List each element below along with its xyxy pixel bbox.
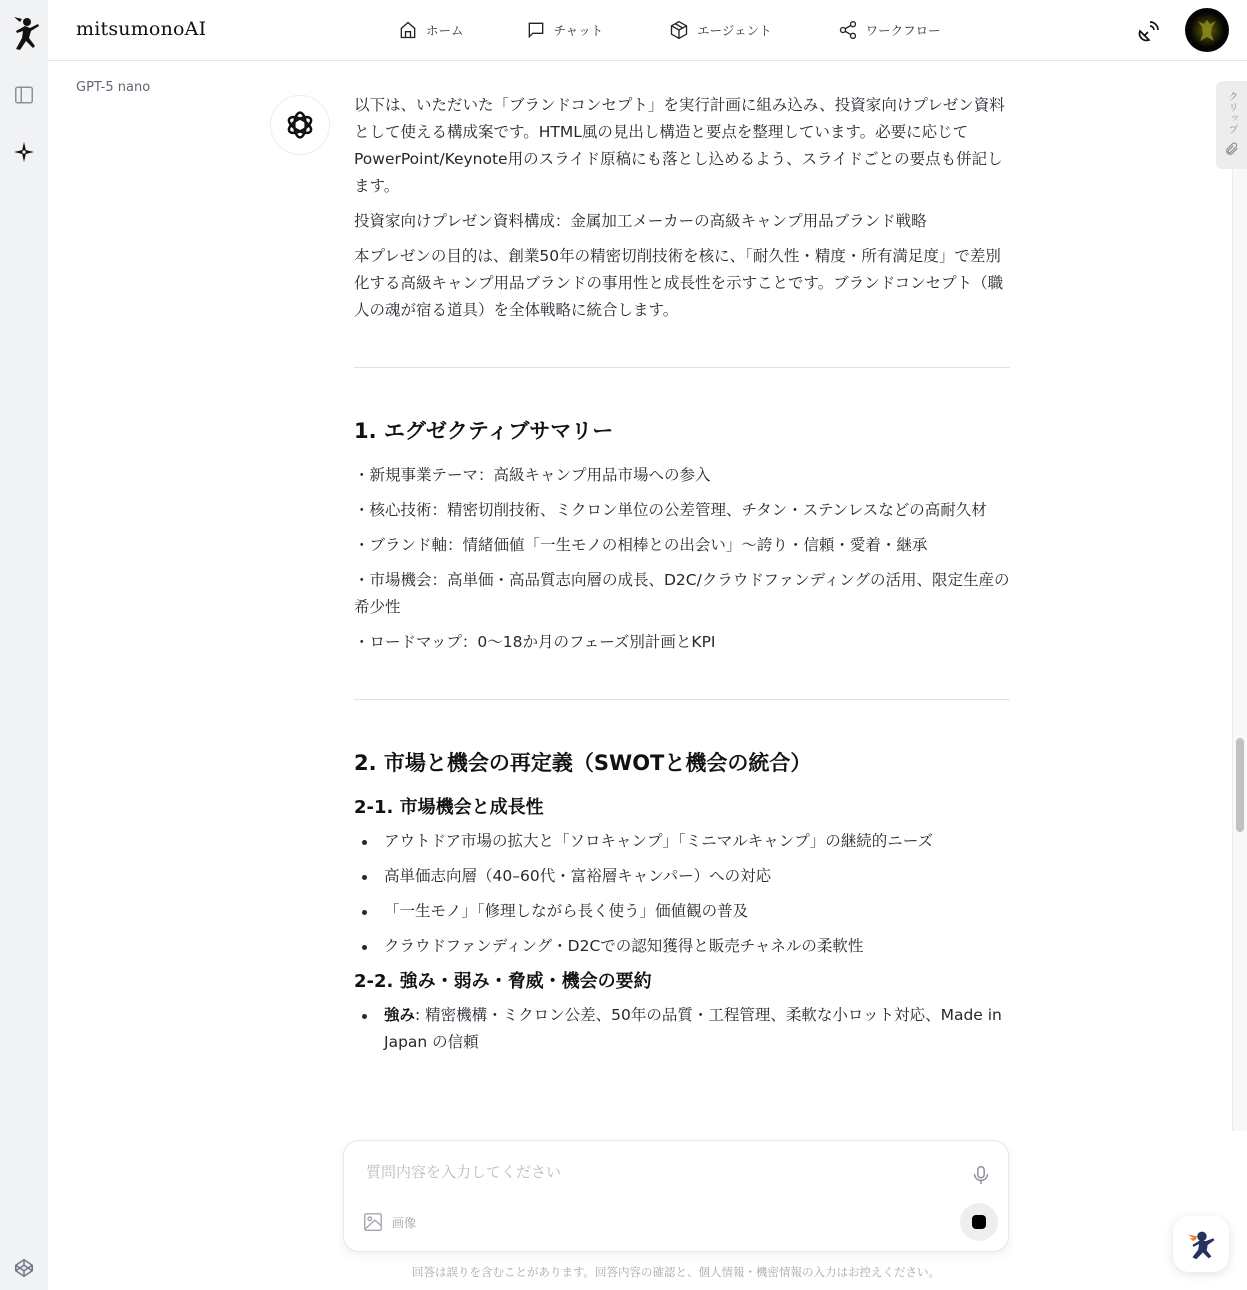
nav-agent[interactable]: エージェント	[669, 18, 772, 42]
nav-agent-label: エージェント	[697, 21, 772, 39]
summary-item: ・ブランド軸：情緒価値「一生モノの相棒との出会い」〜誇り・信頼・愛着・継承	[354, 532, 1010, 559]
swot-text: : 精密機構・ミクロン公差、50年の品質・工程管理、柔軟な小ロット対応、Made…	[384, 1006, 1002, 1051]
disclaimer-text: 回答は誤りを含むことがあります。回答内容の確認と、個人情報・機密情報の入力はお控…	[343, 1264, 1009, 1280]
satellite-dish-icon[interactable]	[1136, 18, 1162, 44]
section-2-2-heading: 2-2. 強み・弱み・脅威・機会の要約	[354, 968, 1010, 996]
clip-label: クリップ	[1224, 91, 1239, 135]
chat-composer: 画像	[343, 1140, 1009, 1252]
section-2-1-heading: 2-1. 市場機会と成長性	[354, 794, 1010, 822]
list-item: 「一生モノ」「修理しながら長く使う」価値観の普及	[354, 898, 1010, 925]
cube-icon	[669, 20, 689, 40]
summary-item: ・市場機会：高単価・高品質志向層の成長、D2C/クラウドファンディングの活用、限…	[354, 567, 1010, 621]
summary-item: ・新規事業テーマ：高級キャンプ用品市場への参入	[354, 462, 1010, 489]
assistant-avatar	[270, 95, 330, 155]
nav-chat-label: チャット	[554, 21, 604, 39]
image-icon	[362, 1211, 384, 1233]
section-2-heading: 2. 市場と機会の再定義（SWOTと機会の統合）	[354, 748, 1010, 778]
chat-icon	[526, 20, 546, 40]
list-item: 高単価志向層（40–60代・富裕層キャンパー）への対応	[354, 863, 1010, 890]
summary-item: ・ロードマップ：0〜18か月のフェーズ別計画とKPI	[354, 629, 1010, 656]
scrollbar-thumb[interactable]	[1236, 738, 1244, 832]
message-input[interactable]	[366, 1159, 946, 1185]
list-item: クラウドファンディング・D2Cでの認知獲得と販売チャネルの柔軟性	[354, 933, 1010, 960]
user-avatar[interactable]	[1185, 8, 1229, 52]
ninja-mascot-icon	[1182, 1225, 1220, 1263]
assistant-message: 以下は、いただいた「ブランドコンセプト」を実行計画に組み込み、投資家向けプレゼン…	[354, 92, 1010, 1064]
nav-workflow[interactable]: ワークフロー	[838, 18, 941, 42]
swot-list: 強み: 精密機構・ミクロン公差、50年の品質・工程管理、柔軟な小ロット対応、Ma…	[354, 1002, 1010, 1056]
market-opportunity-list: アウトドア市場の拡大と「ソロキャンプ」「ミニマルキャンプ」の継続的ニーズ 高単価…	[354, 828, 1010, 960]
openai-logo-icon	[281, 106, 319, 144]
paperclip-icon	[1224, 141, 1240, 157]
main-nav: ホーム チャット エージェント ワークフロー	[398, 18, 941, 42]
message-purpose: 本プレゼンの目的は、創業50年の精密切削技術を核に、「耐久性・精度・所有満足度」…	[354, 243, 1010, 324]
ninja-logo-icon[interactable]	[8, 16, 40, 52]
sidebar-toggle-icon[interactable]	[12, 83, 36, 107]
app-title[interactable]: mitsumonoAI	[76, 18, 206, 40]
attach-image-button[interactable]: 画像	[362, 1211, 416, 1233]
divider	[354, 367, 1010, 368]
share-nodes-icon	[838, 20, 858, 40]
nav-chat[interactable]: チャット	[526, 18, 604, 42]
nav-home[interactable]: ホーム	[398, 18, 464, 42]
summary-item: ・核心技術：精密切削技術、ミクロン単位の公差管理、チタン・ステンレスなどの高耐久…	[354, 497, 1010, 524]
message-intro: 以下は、いただいた「ブランドコンセプト」を実行計画に組み込み、投資家向けプレゼン…	[354, 92, 1010, 200]
stop-icon	[972, 1215, 986, 1229]
microphone-icon[interactable]	[970, 1163, 992, 1187]
section-1-heading: 1. エグゼクティブサマリー	[354, 416, 1010, 446]
model-label: GPT-5 nano	[76, 80, 150, 95]
swot-label: 強み	[384, 1006, 415, 1024]
list-item: 強み: 精密機構・ミクロン公差、50年の品質・工程管理、柔軟な小ロット対応、Ma…	[354, 1002, 1010, 1056]
left-rail	[0, 0, 48, 1290]
scrollbar-track[interactable]	[1232, 169, 1247, 1131]
codepen-cube-icon[interactable]	[12, 1256, 36, 1280]
nav-workflow-label: ワークフロー	[866, 21, 941, 39]
top-header: mitsumonoAI ホーム チャット エージェント ワークフロー	[48, 0, 1247, 61]
message-title-line: 投資家向けプレゼン資料構成：金属加工メーカーの高級キャンプ用品ブランド戦略	[354, 208, 1010, 235]
ninja-helper-button[interactable]	[1173, 1216, 1229, 1272]
home-icon	[398, 20, 418, 40]
divider	[354, 699, 1010, 700]
clip-side-tab[interactable]: クリップ	[1216, 81, 1247, 169]
stop-generation-button[interactable]	[960, 1203, 998, 1241]
nav-home-label: ホーム	[426, 21, 464, 39]
attach-image-label: 画像	[392, 1214, 416, 1231]
list-item: アウトドア市場の拡大と「ソロキャンプ」「ミニマルキャンプ」の継続的ニーズ	[354, 828, 1010, 855]
sparkle-icon[interactable]	[12, 140, 36, 164]
